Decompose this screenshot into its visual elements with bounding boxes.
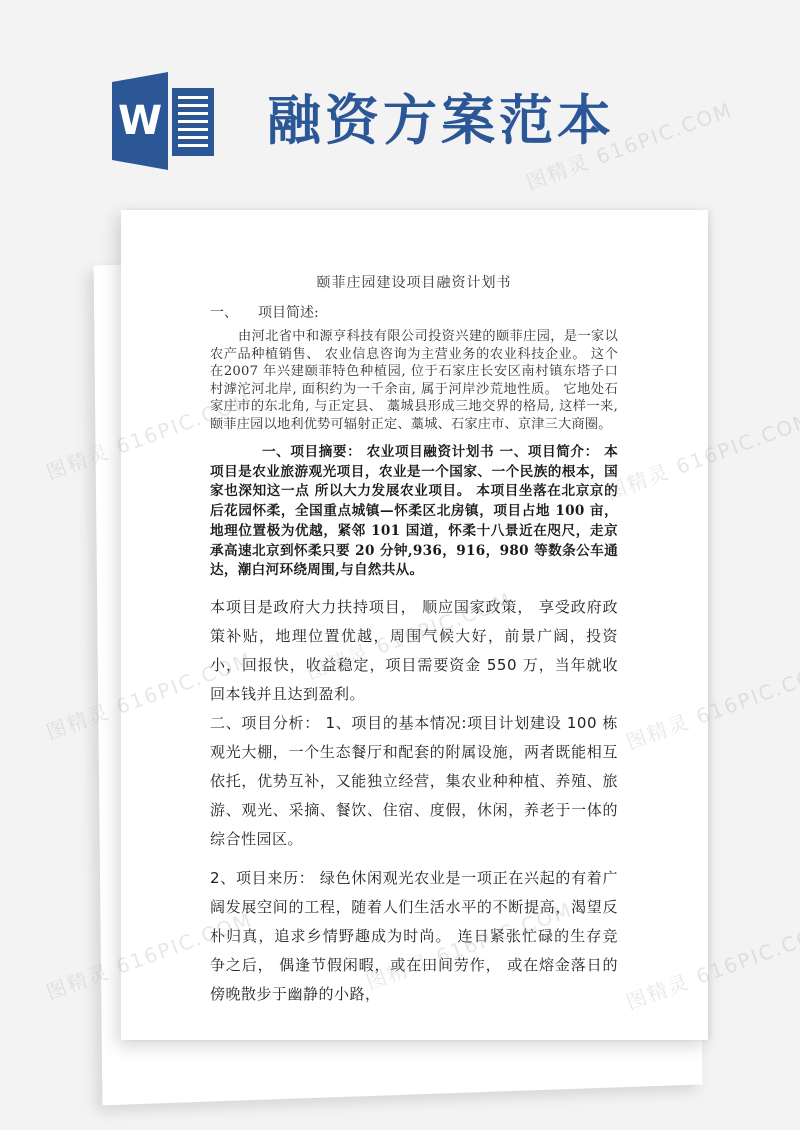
svg-text:W: W [118,98,162,144]
word-document-icon: W [112,72,214,170]
document-title: 颐菲庄园建设项目融资计划书 [210,272,618,292]
policy-paragraph: 本项目是政府大力扶持项目， 顺应国家政策， 享受政府政策补贴，地理位置优越，周围… [210,593,618,709]
document-page: 颐菲庄园建设项目融资计划书 一、项目简述: 由河北省中和源亨科技有限公司投资兴建… [121,210,708,1040]
section-number: 一、 [210,302,258,322]
intro-paragraph: 由河北省中和源亨科技有限公司投资兴建的颐菲庄园，是一家以农产品种植销售、 农业信… [210,328,618,433]
summary-paragraph: 一、项目摘要： 农业项目融资计划书 一、项目简介： 本项目是农业旅游观光项目，农… [210,443,618,581]
section-heading: 一、项目简述: [210,302,618,322]
section-heading-text: 项目简述: [258,305,319,321]
document-content: 颐菲庄园建设项目融资计划书 一、项目简述: 由河北省中和源亨科技有限公司投资兴建… [210,272,618,1009]
banner-title: 融资方案范本 [267,80,615,160]
analysis-paragraph: 二、项目分析： 1、项目的基本情况:项目计划建设 100 栋观光大棚，一个生态餐… [210,709,618,854]
origin-paragraph: 2、项目来历： 绿色休闲观光农业是一项正在兴起的有着广阔发展空间的工程，随着人们… [210,864,618,1009]
banner: W 融资方案范本 [0,0,800,200]
